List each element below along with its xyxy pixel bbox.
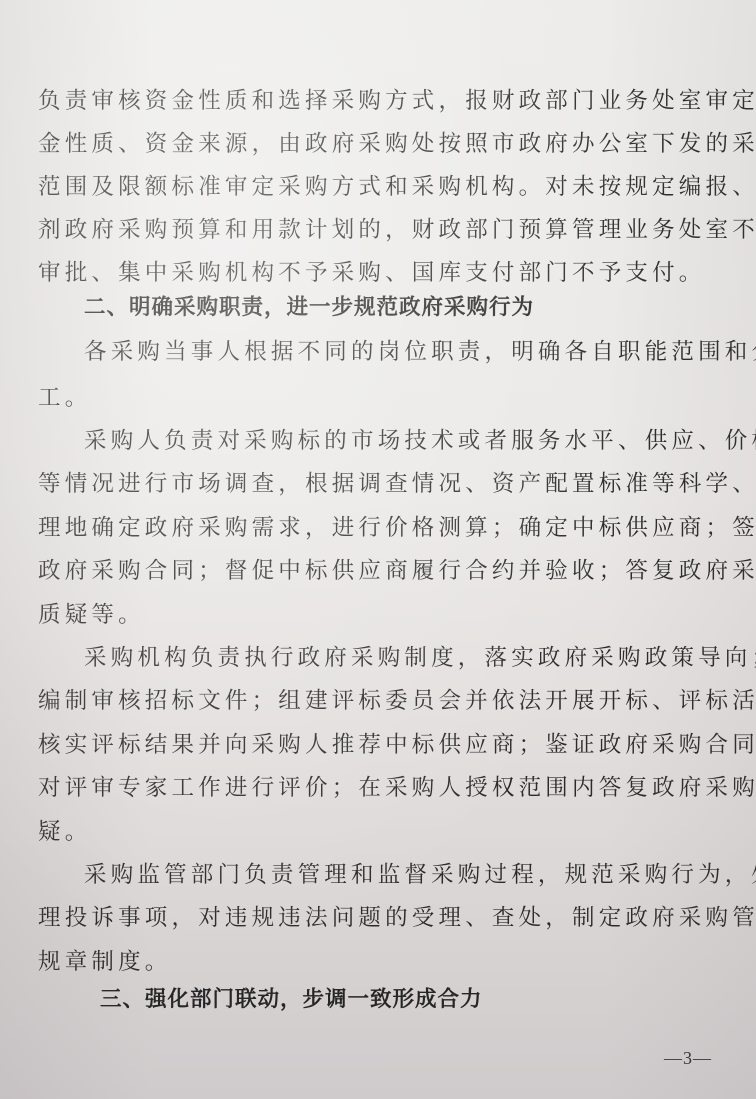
paragraph-3-line-3: 理地确定政府采购需求，进行价格测算；确定中标供应商；签订 — [38, 513, 756, 543]
paragraph-2-line-1: 各采购当事人根据不同的岗位职责，明确各自职能范围和分 — [84, 337, 756, 367]
paragraph-4-line-4: 对评审专家工作进行评价；在采购人授权范围内答复政府采购质 — [38, 773, 756, 803]
section-heading-2: 二、明确采购职责，进一步规范政府采购行为 — [84, 293, 534, 323]
paragraph-2-line-2: 工。 — [38, 383, 91, 413]
paragraph-1-line-3: 范围及限额标准审定采购方式和采购机构。对未按规定编报、调 — [38, 172, 756, 202]
document-page: 负责审核资金性质和选择采购方式，报财政部门业务处室审定资 金性质、资金来源，由政… — [0, 0, 756, 1099]
paragraph-5-line-1: 采购监管部门负责管理和监督采购过程，规范采购行为，处 — [84, 860, 756, 890]
paragraph-1-line-2: 金性质、资金来源，由政府采购处按照市政府办公室下发的采购 — [38, 129, 756, 159]
paragraph-1-line-5: 审批、集中采购机构不予采购、国库支付部门不予支付。 — [38, 258, 706, 288]
section-heading-3: 三、强化部门联动，步调一致形成合力 — [100, 985, 483, 1015]
paragraph-3-line-2: 等情况进行市场调查，根据调查情况、资产配置标准等科学、合 — [38, 469, 756, 499]
paragraph-3-line-1: 采购人负责对采购标的市场技术或者服务水平、供应、价格 — [84, 426, 756, 456]
paragraph-5-line-3: 规章制度。 — [38, 947, 172, 977]
paragraph-3-line-5: 质疑等。 — [38, 600, 145, 630]
paragraph-4-line-3: 核实评标结果并向采购人推荐中标供应商；鉴证政府采购合同； — [38, 730, 756, 760]
paragraph-3-line-4: 政府采购合同；督促中标供应商履行合约并验收；答复政府采购 — [38, 556, 756, 586]
paragraph-4-line-2: 编制审核招标文件；组建评标委员会并依法开展开标、评标活动； — [38, 686, 756, 716]
page-number: —3— — [664, 1048, 712, 1069]
paragraph-1-line-1: 负责审核资金性质和选择采购方式，报财政部门业务处室审定资 — [38, 86, 756, 116]
paragraph-4-line-5: 疑。 — [38, 817, 91, 847]
paragraph-4-line-1: 采购机构负责执行政府采购制度，落实政府采购政策导向； — [84, 643, 756, 673]
paragraph-5-line-2: 理投诉事项，对违规违法问题的受理、查处，制定政府采购管理 — [38, 903, 756, 933]
paragraph-1-line-4: 剂政府采购预算和用款计划的，财政部门预算管理业务处室不予 — [38, 215, 756, 245]
